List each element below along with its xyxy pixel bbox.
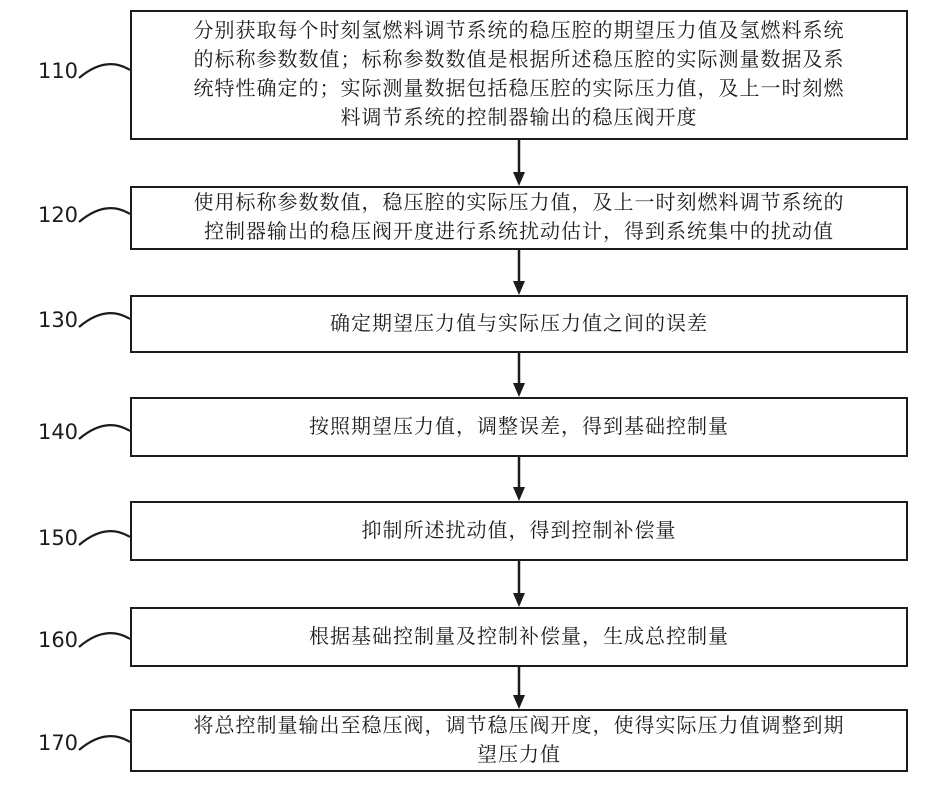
step-box-140: 按照期望压力值，调整误差，得到基础控制量 xyxy=(130,397,908,457)
step-text-line: 抑制所述扰动值，得到控制补偿量 xyxy=(362,517,677,546)
flow-arrow-4 xyxy=(513,457,525,501)
step-ref-130: 130 xyxy=(34,308,82,332)
step-box-150: 抑制所述扰动值，得到控制补偿量 xyxy=(130,501,908,561)
step-text-line: 确定期望压力值与实际压力值之间的误差 xyxy=(330,310,708,339)
flow-arrow-5 xyxy=(513,561,525,607)
step-box-170: 将总控制量输出至稳压阀，调节稳压阀开度，使得实际压力值调整到期 望压力值 xyxy=(130,709,908,772)
step-text-line: 的标称参数数值；标称参数数值是根据所述稳压腔的实际测量数据及系 xyxy=(194,46,845,75)
step-box-120: 使用标称参数数值，稳压腔的实际压力值，及上一时刻燃料调节系统的 控制器输出的稳压… xyxy=(130,186,908,250)
leader-line-170 xyxy=(79,736,130,750)
step-text-line: 将总控制量输出至稳压阀，调节稳压阀开度，使得实际压力值调整到期 xyxy=(194,712,845,741)
step-ref-160: 160 xyxy=(34,628,82,652)
flow-arrow-3 xyxy=(513,353,525,397)
step-text-line: 统特性确定的；实际测量数据包括稳压腔的实际压力值，及上一时刻燃 xyxy=(194,75,845,104)
patent-flowchart: 110 120 130 140 150 160 170 分别获取每个时刻氢燃料调… xyxy=(0,0,931,805)
step-box-130: 确定期望压力值与实际压力值之间的误差 xyxy=(130,295,908,353)
step-ref-120: 120 xyxy=(34,203,82,227)
step-text-line: 控制器输出的稳压阀开度进行系统扰动估计，得到系统集中的扰动值 xyxy=(204,218,834,247)
step-ref-170: 170 xyxy=(34,731,82,755)
step-ref-110: 110 xyxy=(34,59,82,83)
leader-line-130 xyxy=(79,313,130,327)
step-ref-140: 140 xyxy=(34,420,82,444)
step-box-160: 根据基础控制量及控制补偿量，生成总控制量 xyxy=(130,607,908,667)
step-text-line: 根据基础控制量及控制补偿量，生成总控制量 xyxy=(309,623,729,652)
step-text-line: 料调节系统的控制器输出的稳压阀开度 xyxy=(341,104,698,133)
leader-line-150 xyxy=(79,531,130,545)
leader-line-160 xyxy=(79,633,130,647)
step-text-line: 按照期望压力值，调整误差，得到基础控制量 xyxy=(309,413,729,442)
flow-arrow-1 xyxy=(513,140,525,186)
step-ref-150: 150 xyxy=(34,526,82,550)
flow-arrow-6 xyxy=(513,667,525,709)
leader-line-140 xyxy=(79,425,130,439)
step-box-110: 分别获取每个时刻氢燃料调节系统的稳压腔的期望压力值及氢燃料系统 的标称参数数值；… xyxy=(130,10,908,140)
leader-line-110 xyxy=(79,64,130,78)
step-text-line: 使用标称参数数值，稳压腔的实际压力值，及上一时刻燃料调节系统的 xyxy=(194,189,845,218)
step-text-line: 分别获取每个时刻氢燃料调节系统的稳压腔的期望压力值及氢燃料系统 xyxy=(194,17,845,46)
flow-arrow-2 xyxy=(513,250,525,295)
step-text-line: 望压力值 xyxy=(477,741,561,770)
leader-line-120 xyxy=(79,208,130,222)
